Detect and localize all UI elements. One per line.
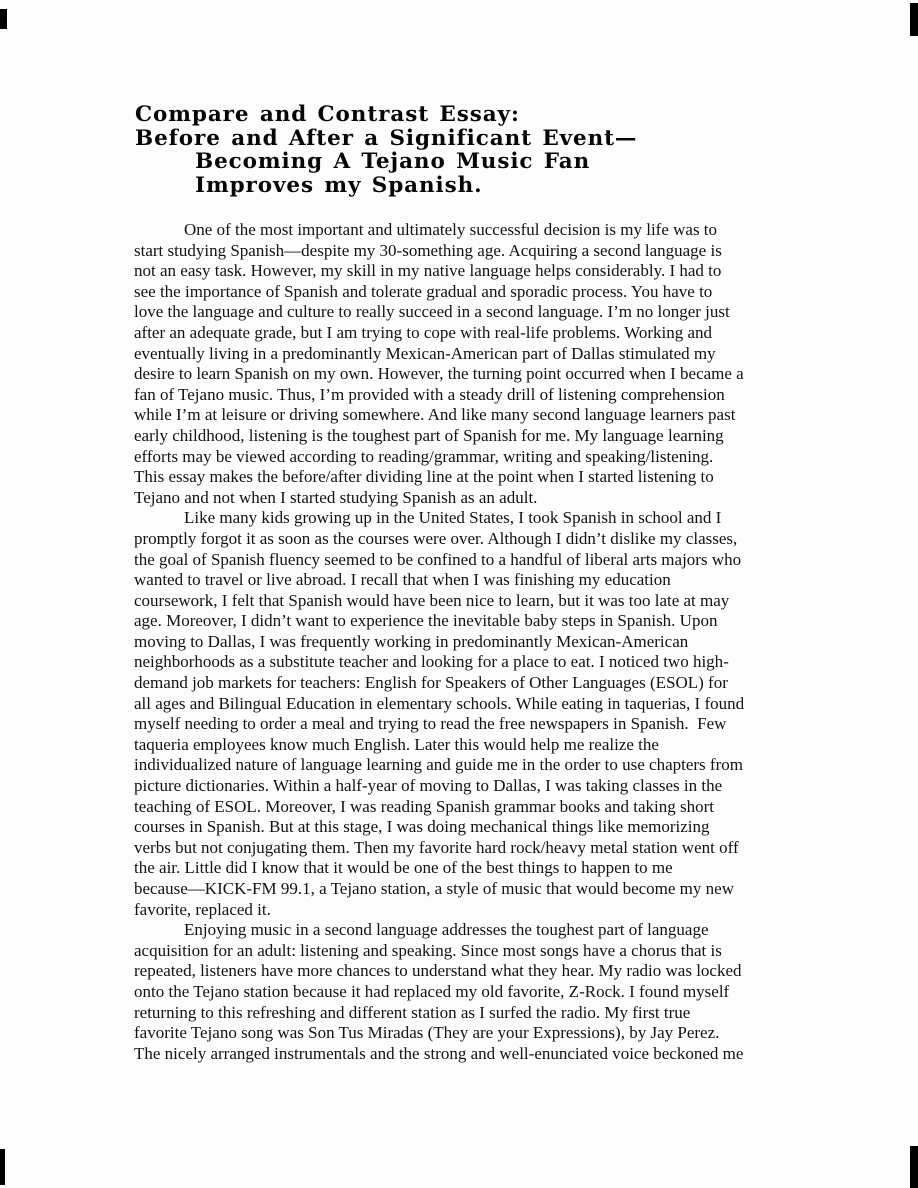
scan-artifact-top-left [0,9,7,29]
title-line-4: Improves my Spanish. [135,174,835,198]
title-line-1: Compare and Contrast Essay: [135,103,835,127]
document-page: Compare and Contrast Essay: Before and A… [0,0,918,1188]
essay-paragraph: Like many kids growing up in the United … [134,508,822,920]
essay-paragraph: Enjoying music in a second language addr… [134,920,822,1064]
scan-artifact-bottom-left [0,1149,5,1185]
title-line-2: Before and After a Significant Event— [135,127,835,151]
essay-body: One of the most important and ultimately… [134,220,822,1064]
essay-title: Compare and Contrast Essay: Before and A… [135,103,835,197]
title-line-3: Becoming A Tejano Music Fan [135,150,835,174]
scan-artifact-bottom-right [910,1146,918,1188]
scan-artifact-top-right [910,3,918,36]
essay-paragraph: One of the most important and ultimately… [134,220,822,508]
